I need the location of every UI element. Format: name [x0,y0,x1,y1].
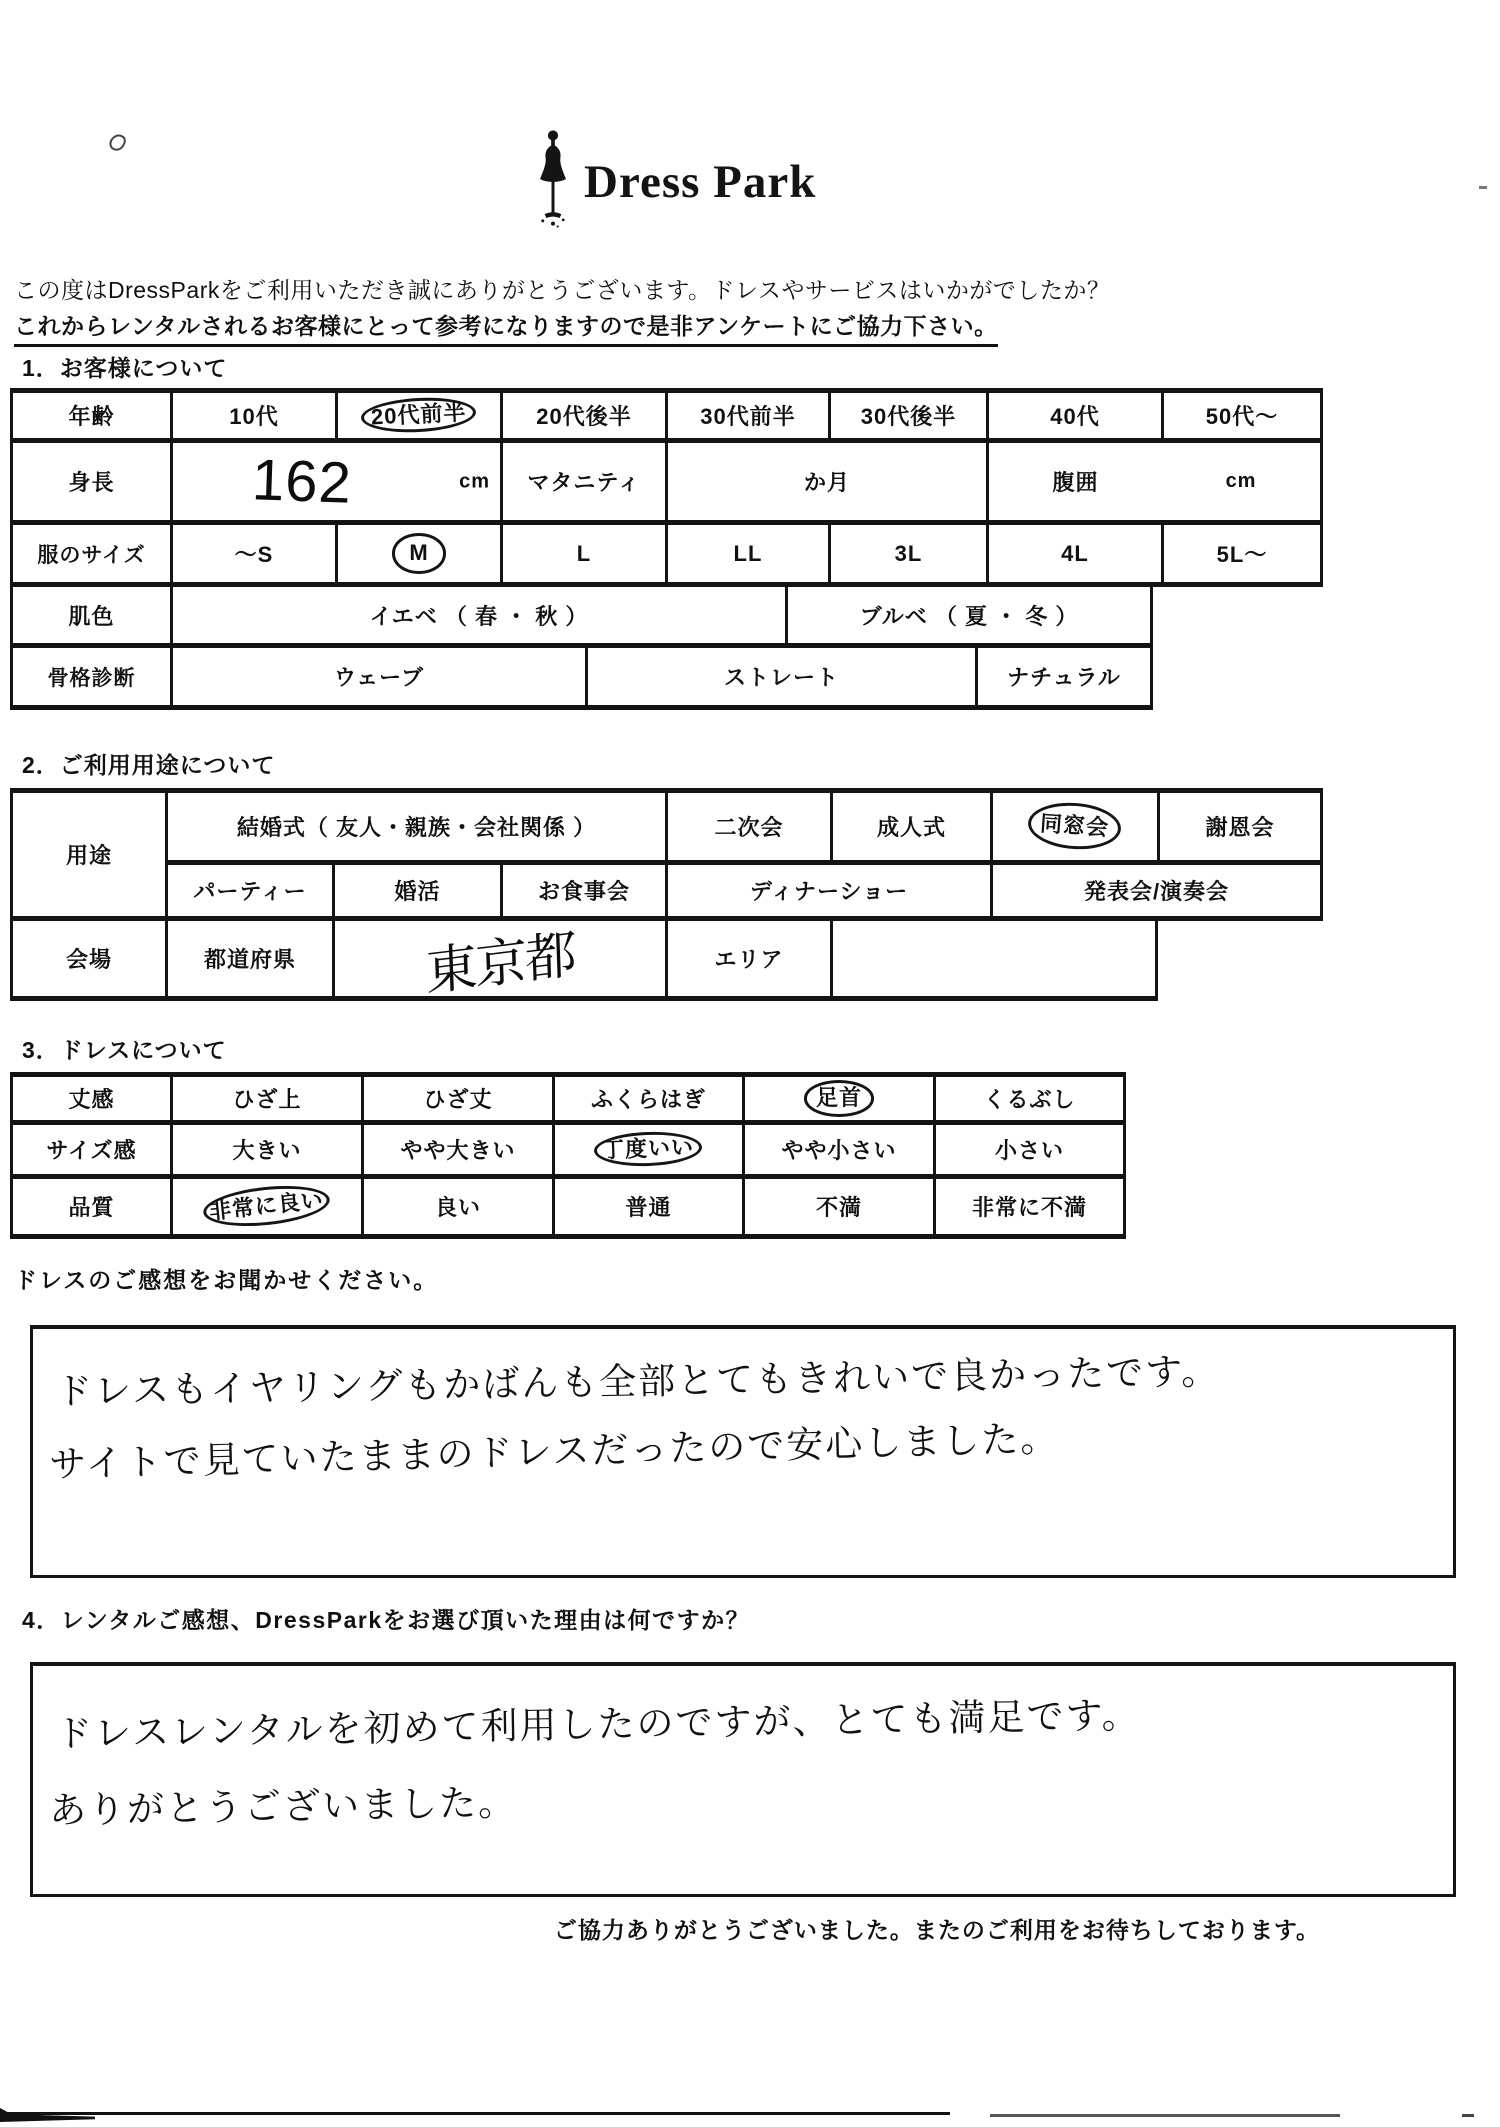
usage-table: 用途 結婚式（ 友人・親族・会社関係 ） 二次会 成人式 同窓会 謝恩会 パーテ… [10,788,1323,1001]
height-value-cell: 162 cm [173,443,503,525]
usage-option: 二次会 [668,793,833,865]
length-label: 丈感 [13,1077,173,1125]
prefecture-handwritten: 東京都 [424,912,576,1006]
waist-label: 腹囲 [1053,466,1099,497]
skin-option: ブルベ （ 夏 ・ 冬 ） [788,587,1153,648]
brand-name: Dress Park [584,159,816,232]
feedback-comment-box: ドレスもイヤリングもかばんも全部とてもきれいで良かったです。 サイトで見ていたま… [30,1325,1456,1578]
age-option: 50代～ [1164,393,1323,443]
fit-option: やや大きい [364,1125,555,1179]
maternity-label: マタニティ [503,443,668,525]
size-option: 5L～ [1164,525,1323,587]
usage-option: 結婚式（ 友人・親族・会社関係 ） [168,793,668,865]
scan-line-artifact [990,2114,1340,2117]
skin-option: イエベ （ 春 ・ 秋 ） [173,587,788,648]
size-selected-circle: M [392,533,445,573]
intro-request-text: これからレンタルされるお客様にとって参考になりますので是非アンケートにご協力下さ… [14,308,998,347]
size-label: 服のサイズ [13,525,173,587]
size-option: 3L [831,525,989,587]
maternity-months-cell: か月 [668,443,989,525]
prefecture-label: 都道府県 [168,921,335,1001]
venue-row: 会場 都道府県 東京都 エリア [13,921,1323,1001]
fit-option: 大きい [173,1125,364,1179]
brand-logo: Dress Park [532,128,816,232]
usage-option: ディナーショー [668,865,993,921]
age-label: 年齢 [13,393,173,443]
rental-comment-box: ドレスレンタルを初めて利用したのですが、とても満足です。 ありがとうございました… [30,1662,1456,1897]
usage-option: 発表会/演奏会 [993,865,1323,921]
length-selected-circle: 足首 [804,1080,874,1116]
usage-block: 用途 結婚式（ 友人・親族・会社関係 ） 二次会 成人式 同窓会 謝恩会 パーテ… [13,793,1323,921]
area-value-cell [833,921,1158,1001]
skeleton-label: 骨格診断 [13,648,173,710]
quality-option: 良い [364,1179,555,1239]
scan-speck [1479,186,1487,189]
customer-table: 年齢 10代 20代前半 20代後半 30代前半 30代後半 40代 50代～ … [10,388,1323,710]
quality-row: 品質 非常に良い 良い 普通 不満 非常に不満 [13,1179,1126,1239]
quality-option: 非常に良い [173,1179,364,1239]
age-row: 年齢 10代 20代前半 20代後半 30代前半 30代後半 40代 50代～ [13,393,1323,443]
quality-selected-circle: 非常に良い [202,1181,332,1232]
feedback-handwritten-line2: サイトで見ていたままのドレスだったので安心しました。 [48,1408,1059,1488]
scan-speck [107,132,128,154]
section4-title: 4．レンタルご感想、DressParkをお選び頂いた理由は何ですか？ [22,1602,750,1635]
skeleton-row: 骨格診断 ウェーブ ストレート ナチュラル [13,648,1323,710]
area-label: エリア [668,921,833,1001]
venue-label: 会場 [13,921,168,1001]
usage-option: パーティー [168,865,335,921]
fit-option: 丁度いい [555,1125,745,1179]
fit-label: サイズ感 [13,1125,173,1179]
fit-selected-circle: 丁度いい [594,1131,703,1169]
age-option: 30代後半 [831,393,989,443]
usage-option: お食事会 [503,865,668,921]
section2-title: 2．ご利用用途について [22,747,275,780]
size-option: 4L [989,525,1164,587]
size-option: L [503,525,668,587]
quality-option: 不満 [745,1179,936,1239]
usage-options-block: 結婚式（ 友人・親族・会社関係 ） 二次会 成人式 同窓会 謝恩会 パーティー … [168,793,1323,921]
intro-text: この度はDressParkをご利用いただき誠にありがとうございます。ドレスやサー… [14,272,1110,305]
age-option: 20代後半 [503,393,668,443]
quality-option: 非常に不満 [936,1179,1126,1239]
age-option: 10代 [173,393,338,443]
skeleton-option: ウェーブ [173,648,588,710]
length-option: 足首 [745,1077,936,1125]
feedback-label: ドレスのご感想をお聞かせください。 [14,1262,438,1295]
fit-option: やや小さい [745,1125,936,1179]
skin-label: 肌色 [13,587,173,648]
section3-title: 3．ドレスについて [22,1032,227,1065]
section1-title: 1．お客様について [22,350,227,383]
age-option: 20代前半 [338,393,503,443]
age-selected-circle: 20代前半 [360,395,477,435]
dress-table: 丈感 ひざ上 ひざ丈 ふくらはぎ 足首 くるぶし サイズ感 大きい やや大きい … [10,1072,1126,1239]
size-row: 服のサイズ ～S M L LL 3L 4L 5L～ [13,525,1323,587]
usage-row-1: 結婚式（ 友人・親族・会社関係 ） 二次会 成人式 同窓会 謝恩会 [168,793,1323,865]
size-option: M [338,525,503,587]
quality-label: 品質 [13,1179,173,1239]
closing-text: ご協力ありがとうございました。またのご利用をお待ちしております。 [400,1912,1320,1945]
height-label: 身長 [13,443,173,525]
height-row: 身長 162 cm マタニティ か月 腹囲 cm [13,443,1323,525]
feedback-handwritten-line1: ドレスもイヤリングもかばんも全部とてもきれいで良かったです。 [55,1341,1221,1415]
rental-handwritten-line1: ドレスレンタルを初めて利用したのですが、とても満足です。 [55,1685,1141,1758]
usage-label: 用途 [13,793,168,921]
scan-edge-artifact [0,2108,95,2122]
prefecture-value-cell: 東京都 [335,921,668,1001]
skin-row: 肌色 イエベ （ 春 ・ 秋 ） ブルベ （ 夏 ・ 冬 ） [13,587,1323,648]
quality-option: 普通 [555,1179,745,1239]
waist-cell: 腹囲 cm [989,443,1323,525]
rental-handwritten-line2: ありがとうございました。 [49,1772,518,1834]
usage-option: 同窓会 [993,793,1160,865]
length-option: ひざ丈 [364,1077,555,1125]
usage-option: 成人式 [833,793,993,865]
height-value-handwritten: 162 [250,446,352,516]
scan-line-artifact [0,2112,950,2115]
height-unit: cm [459,470,490,493]
size-option: ～S [173,525,338,587]
fit-option: 小さい [936,1125,1126,1179]
length-option: くるぶし [936,1077,1126,1125]
length-option: ひざ上 [173,1077,364,1125]
skeleton-option: ストレート [588,648,978,710]
dress-form-icon [532,128,574,232]
skeleton-option: ナチュラル [978,648,1153,710]
waist-unit: cm [1226,470,1257,493]
questionnaire-scan-page: Dress Park この度はDressParkをご利用いただき誠にありがとうご… [0,0,1500,2127]
age-option: 30代前半 [668,393,831,443]
usage-option: 婚活 [335,865,503,921]
usage-selected-circle: 同窓会 [1027,800,1123,853]
fit-row: サイズ感 大きい やや大きい 丁度いい やや小さい 小さい [13,1125,1126,1179]
length-row: 丈感 ひざ上 ひざ丈 ふくらはぎ 足首 くるぶし [13,1077,1126,1125]
length-option: ふくらはぎ [555,1077,745,1125]
usage-option: 謝恩会 [1160,793,1323,865]
scan-line-artifact [1462,2114,1474,2117]
usage-row-2: パーティー 婚活 お食事会 ディナーショー 発表会/演奏会 [168,865,1323,921]
size-option: LL [668,525,831,587]
age-option: 40代 [989,393,1164,443]
